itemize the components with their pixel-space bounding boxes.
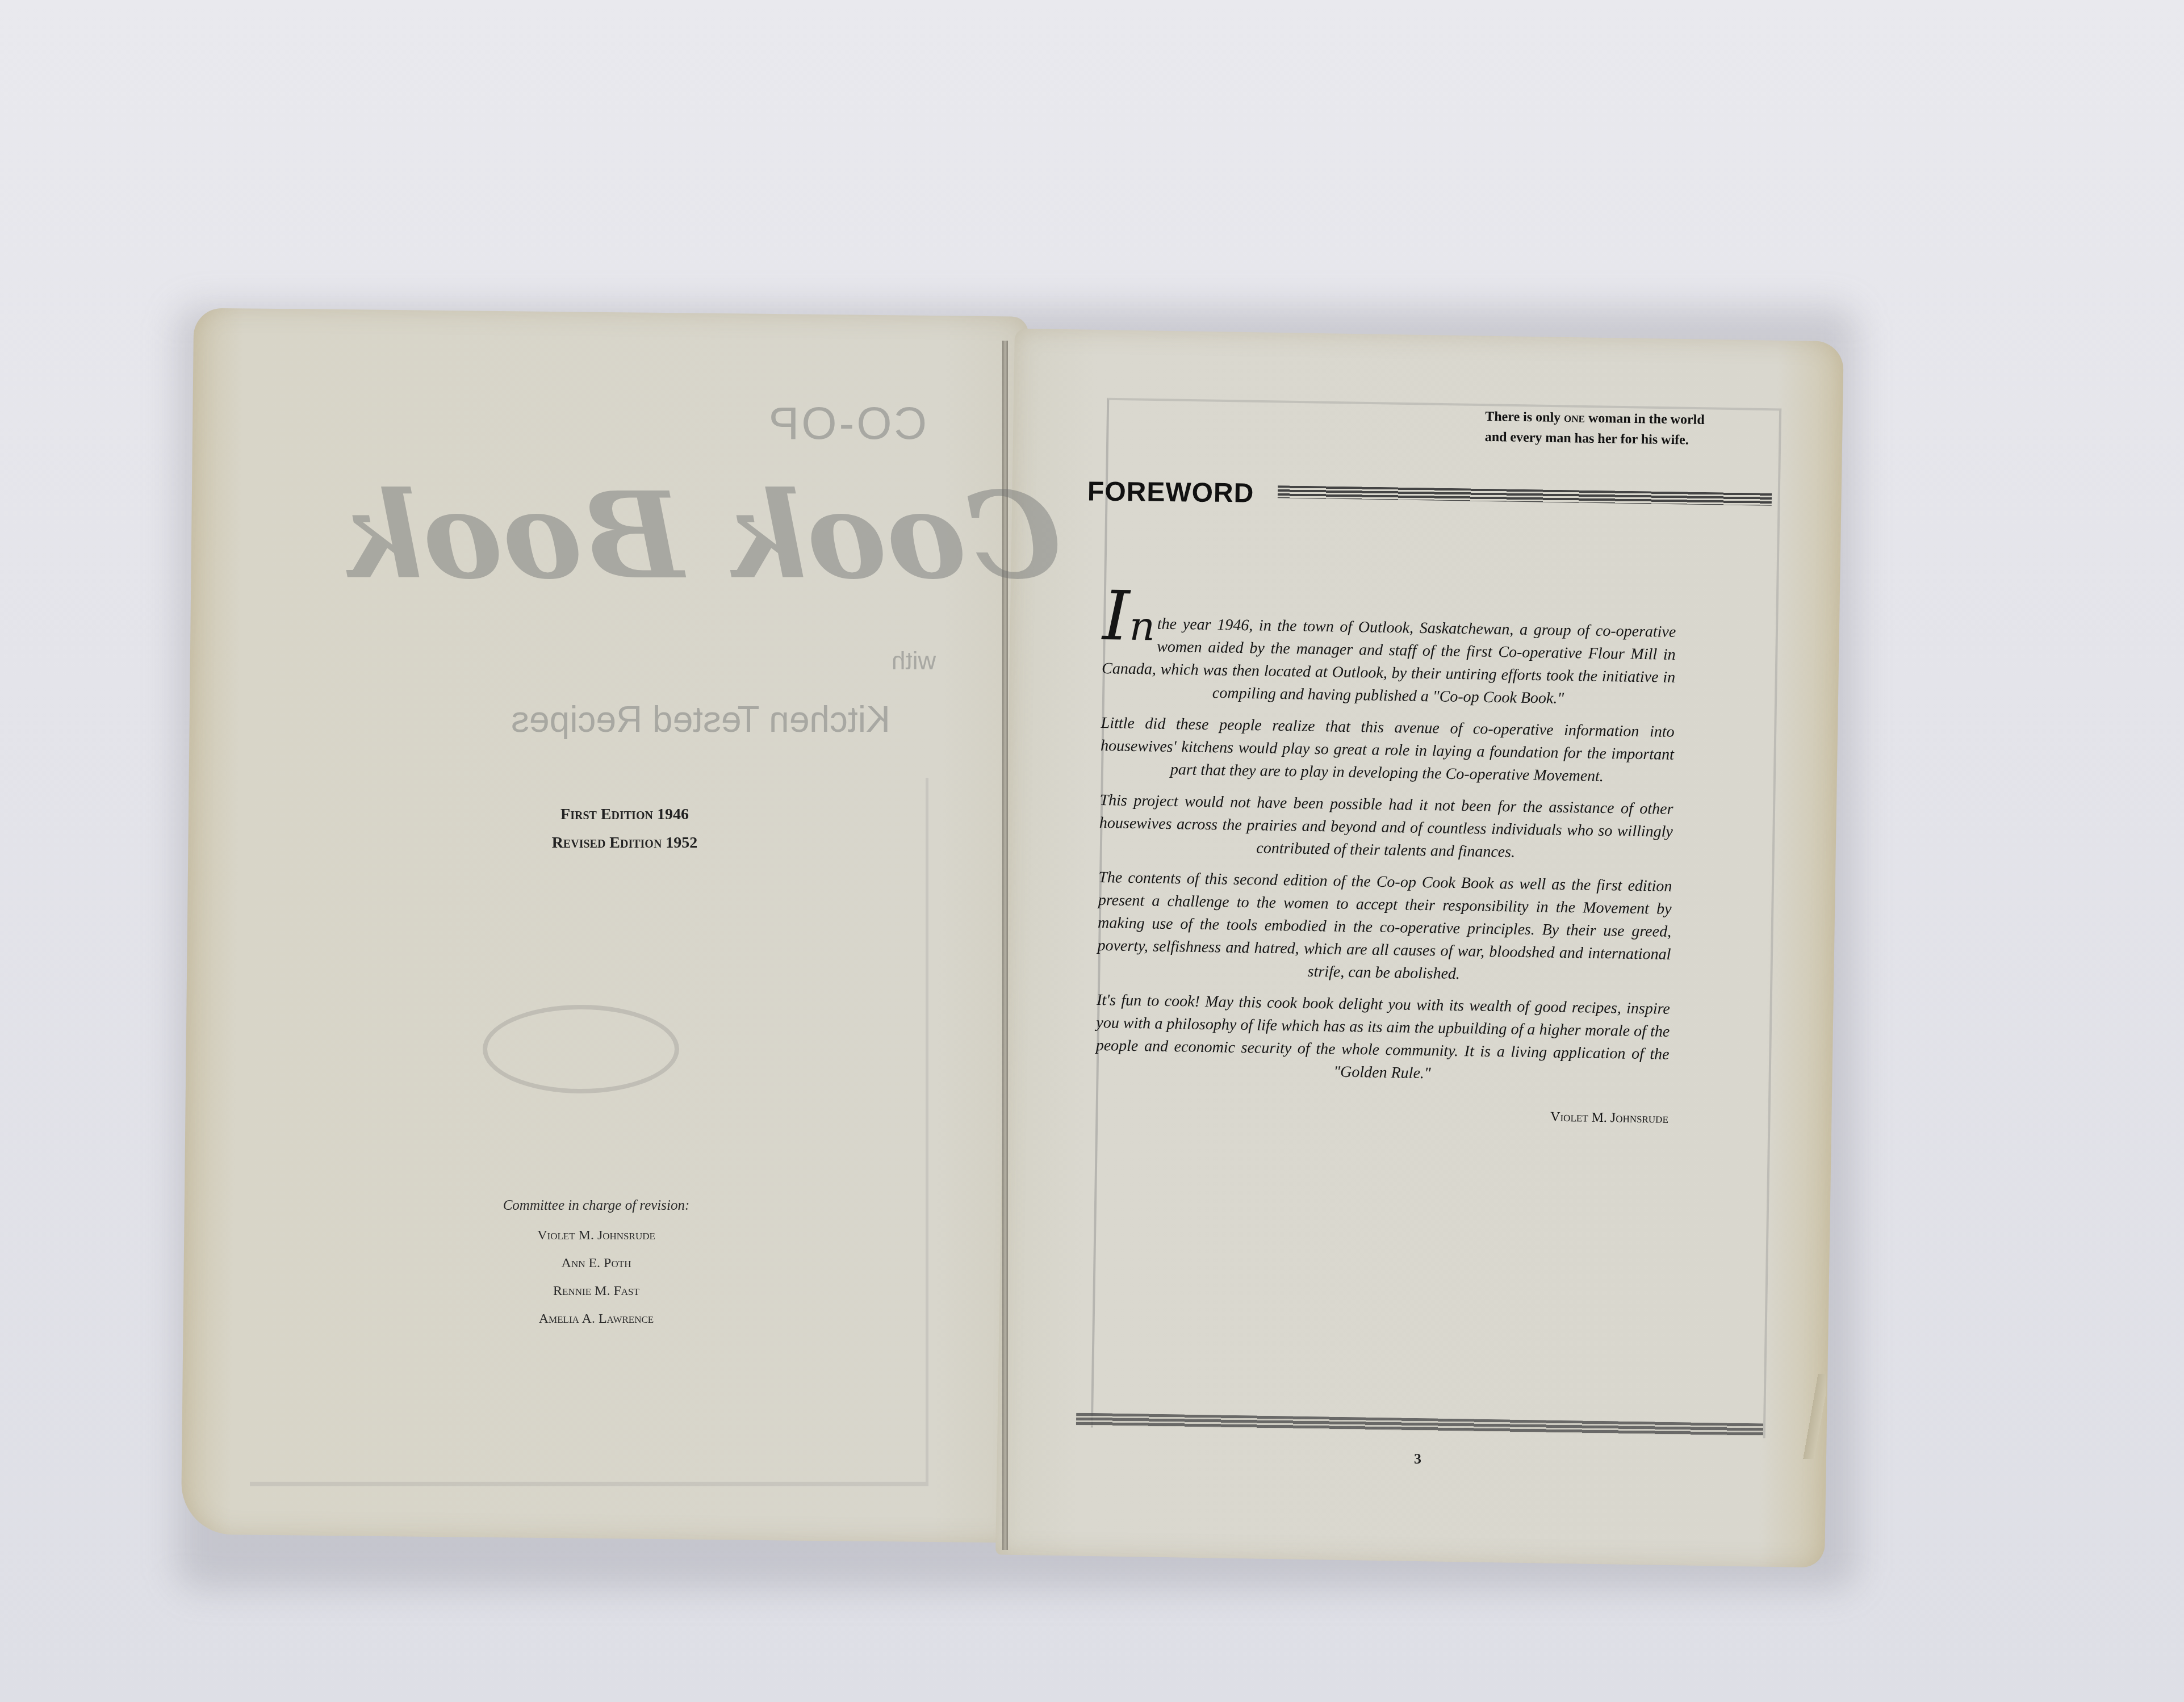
- committee-label: Committee in charge of revision:: [471, 1198, 721, 1214]
- page-number: 3: [1414, 1451, 1421, 1468]
- revised-edition: Revised Edition 1952: [511, 829, 738, 857]
- bleed-through-logo-icon: [483, 1005, 679, 1093]
- epigraph: There is only one woman in the world and…: [1484, 406, 1780, 452]
- bleed-through-frame: [250, 778, 928, 1486]
- committee-member: Violet M. Johnsrude: [471, 1222, 721, 1250]
- paragraph: It's fun to cook! May this cook book del…: [1095, 989, 1670, 1089]
- paragraph: The contents of this second edition of t…: [1097, 866, 1672, 989]
- bleed-through-subtitle: Kitchen Tested Recipes: [511, 698, 890, 740]
- epigraph-emphasis: one: [1564, 410, 1585, 426]
- drop-cap-letter: I: [1102, 577, 1131, 656]
- drop-cap-second-letter: n: [1129, 603, 1155, 650]
- committee-member: Rennie M. Fast: [471, 1277, 721, 1305]
- epigraph-text: woman in the world: [1585, 411, 1705, 427]
- bleed-through-coop: CO-OP: [767, 397, 927, 450]
- bleed-through-with: with: [892, 647, 936, 676]
- committee-member: Amelia A. Lawrence: [471, 1305, 721, 1333]
- drop-cap: In: [1102, 588, 1156, 655]
- foreword-body: In the year 1946, in the town of Outlook…: [1095, 592, 1676, 1127]
- bleed-through-title: Cook Book: [341, 466, 1061, 606]
- committee-member: Ann E. Poth: [471, 1250, 721, 1277]
- page-tear: [1803, 1374, 1826, 1459]
- paragraph: the year 1946, in the town of Outlook, S…: [1101, 592, 1676, 712]
- edition-info: First Edition 1946 Revised Edition 1952: [511, 800, 738, 857]
- committee-list: Committee in charge of revision: Violet …: [471, 1198, 721, 1333]
- first-edition: First Edition 1946: [511, 800, 738, 829]
- paragraph: This project would not have been possibl…: [1099, 789, 1673, 866]
- epigraph-text: There is only: [1485, 409, 1564, 425]
- page-title: FOREWORD: [1087, 476, 1254, 509]
- paragraph: Little did these people realize that thi…: [1100, 712, 1675, 789]
